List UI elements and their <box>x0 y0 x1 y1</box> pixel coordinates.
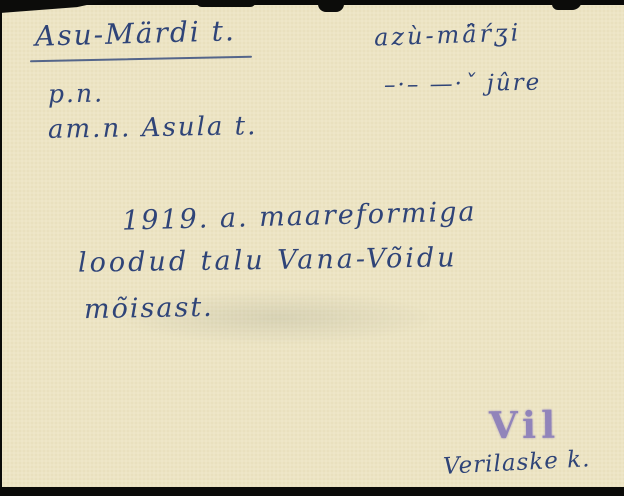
scan-edge-top-blob <box>318 0 344 12</box>
note-line-1: 1919. a. maareformiga <box>122 196 477 236</box>
scanned-archive-card-photo: { "card": { "title": "Asu-Märdi t.", "ph… <box>0 0 624 496</box>
title-underline <box>30 56 252 63</box>
official-name-line: am.n. Asula t. <box>48 111 258 145</box>
card-title: Asu-Märdi t. <box>35 14 237 53</box>
parish-note: Verilaske k. <box>442 446 591 480</box>
vil-ink-stamp: Vil <box>489 403 561 448</box>
index-card: Asu-Märdi t. azù-mä̂ŕʒi p.n. –·– —·ˇ jûr… <box>2 5 624 487</box>
scan-edge-top-blob <box>196 0 256 7</box>
note-line-2: loodud talu Vana-Võidu <box>78 242 458 278</box>
ditto-marks-line: –·– —·ˇ jûre <box>384 70 542 99</box>
abbreviation-pn: p.n. <box>48 79 104 109</box>
phonetic-transcription: azù-mä̂ŕʒi <box>374 18 522 51</box>
note-line-3: mõisast. <box>84 292 214 325</box>
